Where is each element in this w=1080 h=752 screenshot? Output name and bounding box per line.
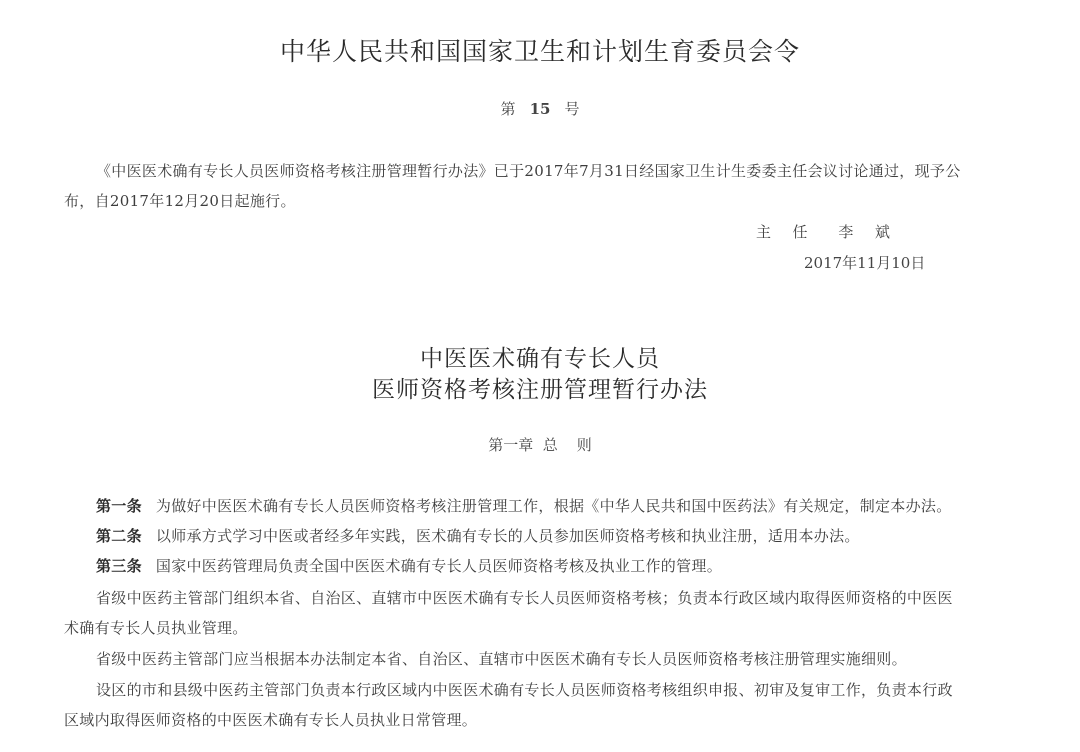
signer-title: 主 任 bbox=[756, 223, 812, 241]
article-1: 第一条为做好中医医术确有专长人员医师资格考核注册管理工作，根据《中华人民共和国中… bbox=[96, 495, 952, 516]
article-3: 第三条国家中医药管理局负责全国中医医术确有专长人员医师资格考核及执业工作的管理。 bbox=[96, 555, 722, 576]
paragraph-1-line-2: 术确有专长人员执业管理。 bbox=[64, 617, 248, 638]
article-label: 第二条 bbox=[96, 527, 142, 545]
signer-name: 李 斌 bbox=[838, 223, 894, 241]
order-date: 2017年11月10日 bbox=[804, 252, 925, 273]
order-number-prefix: 第 bbox=[501, 100, 516, 118]
article-2: 第二条以师承方式学习中医或者经多年实践，医术确有专长的人员参加医师资格考核和执业… bbox=[96, 525, 860, 546]
order-number-suffix: 号 bbox=[564, 100, 579, 118]
order-title: 中华人民共和国国家卫生和计划生育委员会令 bbox=[0, 32, 1080, 68]
article-text: 为做好中医医术确有专长人员医师资格考核注册管理工作，根据《中华人民共和国中医药法… bbox=[156, 497, 952, 515]
preamble-line-1: 《中医医术确有专长人员医师资格考核注册管理暂行办法》已于2017年7月31日经国… bbox=[96, 160, 961, 181]
order-number: 第15号 bbox=[0, 98, 1080, 119]
article-label: 第三条 bbox=[96, 557, 142, 575]
document-title-line-2: 医师资格考核注册管理暂行办法 bbox=[0, 371, 1080, 404]
paragraph-1-line-1: 省级中医药主管部门组织本省、自治区、直辖市中医医术确有专长人员医师资格考核；负责… bbox=[96, 587, 953, 608]
chapter-heading: 第一章 总 则 bbox=[0, 434, 1080, 455]
paragraph-3-line-1: 设区的市和县级中医药主管部门负责本行政区域内中医医术确有专长人员医师资格考核组织… bbox=[96, 679, 953, 700]
article-label: 第一条 bbox=[96, 497, 142, 515]
paragraph-3-line-2: 区域内取得医师资格的中医医术确有专长人员执业日常管理。 bbox=[64, 709, 477, 730]
document-title-line-1: 中医医术确有专长人员 bbox=[0, 340, 1080, 373]
signer: 主 任 李 斌 bbox=[756, 221, 894, 242]
preamble-line-2: 布，自2017年12月20日起施行。 bbox=[64, 190, 296, 211]
order-number-value: 15 bbox=[530, 100, 551, 118]
paragraph-2: 省级中医药主管部门应当根据本办法制定本省、自治区、直辖市中医医术确有专长人员医师… bbox=[96, 648, 907, 669]
article-text: 国家中医药管理局负责全国中医医术确有专长人员医师资格考核及执业工作的管理。 bbox=[156, 557, 722, 575]
article-text: 以师承方式学习中医或者经多年实践，医术确有专长的人员参加医师资格考核和执业注册，… bbox=[156, 527, 860, 545]
